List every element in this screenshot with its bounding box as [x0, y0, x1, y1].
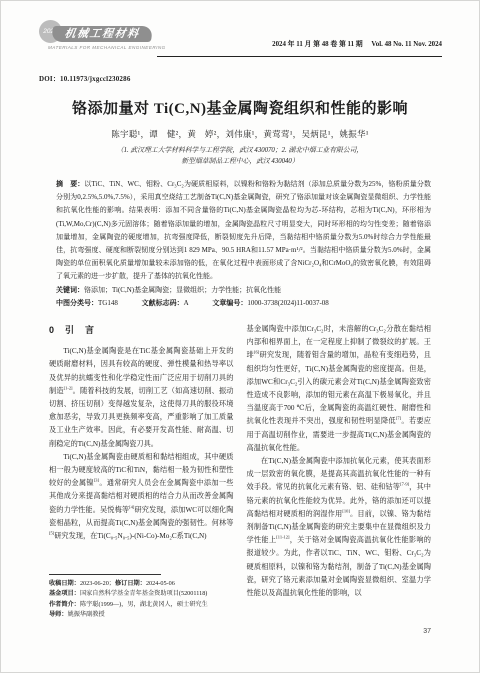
body-paragraph: 基金属陶瓷中添加Cr₃C₂时，未溶解的Cr₃C₂分散在黏结相内部和相界面上，在一… — [247, 323, 432, 455]
doi-line: DOI：10.11973/jxgccl230286 — [39, 74, 441, 84]
body-paragraph: Ti(C,N)基金属陶瓷是在TiC基金属陶瓷基础上开发的硬质耐磨材料，因具有较高… — [49, 345, 234, 451]
footnote-author-bio: 作者简介：陈宇聪(1999—)，男，湖北黄冈人，硕士研究生 — [49, 600, 234, 611]
document-code: 文献标志码：A — [142, 299, 189, 307]
footnote-rule — [49, 574, 161, 575]
journal-name-cn: 机械工程材料 — [51, 26, 153, 42]
keywords-line: 关键词：铬添加；Ti(C,N)基金属陶瓷；显微组织；力学性能；抗氧化性能 — [56, 284, 431, 297]
journal-name-en: MATERIALS FOR MECHANICAL ENGINEERING — [48, 45, 166, 50]
left-column: 0 引 言 Ti(C,N)基金属陶瓷是在TiC基金属陶瓷基础上开发的硬质耐磨材料… — [49, 323, 234, 621]
body-paragraph: 在Ti(C,N)基金属陶瓷中添加抗氧化元素，使其表面形成一层致密的氧化膜，是提高… — [247, 455, 432, 600]
header-rule — [157, 56, 442, 57]
keywords-label: 关键词： — [56, 286, 84, 294]
footnote-advisor: 导师：姚振华副教授 — [49, 610, 234, 621]
footnote-received-revised: 收稿日期：2023-06-20；修订日期：2024-05-06 — [49, 579, 234, 590]
issue-info-cn: 2024 年 11 月 第 48 卷 第 11 期 — [272, 41, 363, 48]
abstract-text: 以TiC、TiN、WC、钼粉、Cr₃C₂为硬质相原料，以镍粉和铬粉为黏结剂（添加… — [56, 180, 431, 280]
affiliation-line-2: 新型烟草制品工程中心，武汉 430040） — [1, 157, 479, 168]
page-header: 2024 机械工程材料 MATERIALS FOR MECHANICAL ENG… — [39, 27, 442, 59]
abstract: 摘 要：以TiC、TiN、WC、钼粉、Cr₃C₂为硬质相原料，以镍粉和铬粉为黏结… — [56, 178, 431, 284]
journal-logo: 2024 机械工程材料 MATERIALS FOR MECHANICAL ENG… — [39, 20, 179, 56]
classification-line: 中图分类号：TG148 文献标志码：A 文章编号：1000-3738(2024)… — [56, 297, 431, 310]
keywords-text: 铬添加；Ti(C,N)基金属陶瓷；显微组织；力学性能；抗氧化性能 — [84, 286, 281, 294]
author-list: 陈宇聪¹，谭 健²，黄 婷²，刘伟康¹，黄莺莺¹，吴炳昆¹，姚振华¹ — [1, 128, 479, 140]
abstract-label: 摘 要： — [56, 180, 84, 188]
body-columns: 0 引 言 Ti(C,N)基金属陶瓷是在TiC基金属陶瓷基础上开发的硬质耐磨材料… — [49, 323, 431, 621]
article-title: 铬添加量对 Ti(C,N)基金属陶瓷组织和性能的影响 — [41, 97, 439, 118]
section-heading-introduction: 0 引 言 — [49, 324, 234, 337]
journal-page: 2024 机械工程材料 MATERIALS FOR MECHANICAL ENG… — [0, 0, 480, 673]
affiliation-line-1: （1. 武汉理工大学材料科学与工程学院，武汉 430070；2. 湖北中烟工业有… — [1, 146, 479, 157]
issue-info-en: Vol. 48 No. 11 Nov. 2024 — [371, 41, 442, 48]
body-paragraph: Ti(C,N)基金属陶瓷由硬质相和黏结相组成，其中硬质相一般为硬度较高的TiC和… — [49, 451, 234, 543]
footnote-funding: 基金项目：国家自然科学基金青年基金资助项目(52001118) — [49, 589, 234, 600]
right-column: 基金属陶瓷中添加Cr₃C₂时，未溶解的Cr₃C₂分散在黏结相内部和相界面上，在一… — [247, 323, 432, 600]
affiliation: （1. 武汉理工大学材料科学与工程学院，武汉 430070；2. 湖北中烟工业有… — [1, 146, 479, 167]
clc-number: 中图分类号：TG148 — [56, 299, 118, 307]
article-number: 文章编号：1000-3738(2024)11-0037-08 — [212, 299, 328, 307]
footnote-block: 收稿日期：2023-06-20；修订日期：2024-05-06 基金项目：国家自… — [49, 574, 234, 621]
page-number: 37 — [1, 628, 431, 635]
issue-info: 2024 年 11 月 第 48 卷 第 11 期 Vol. 48 No. 11… — [272, 38, 442, 48]
